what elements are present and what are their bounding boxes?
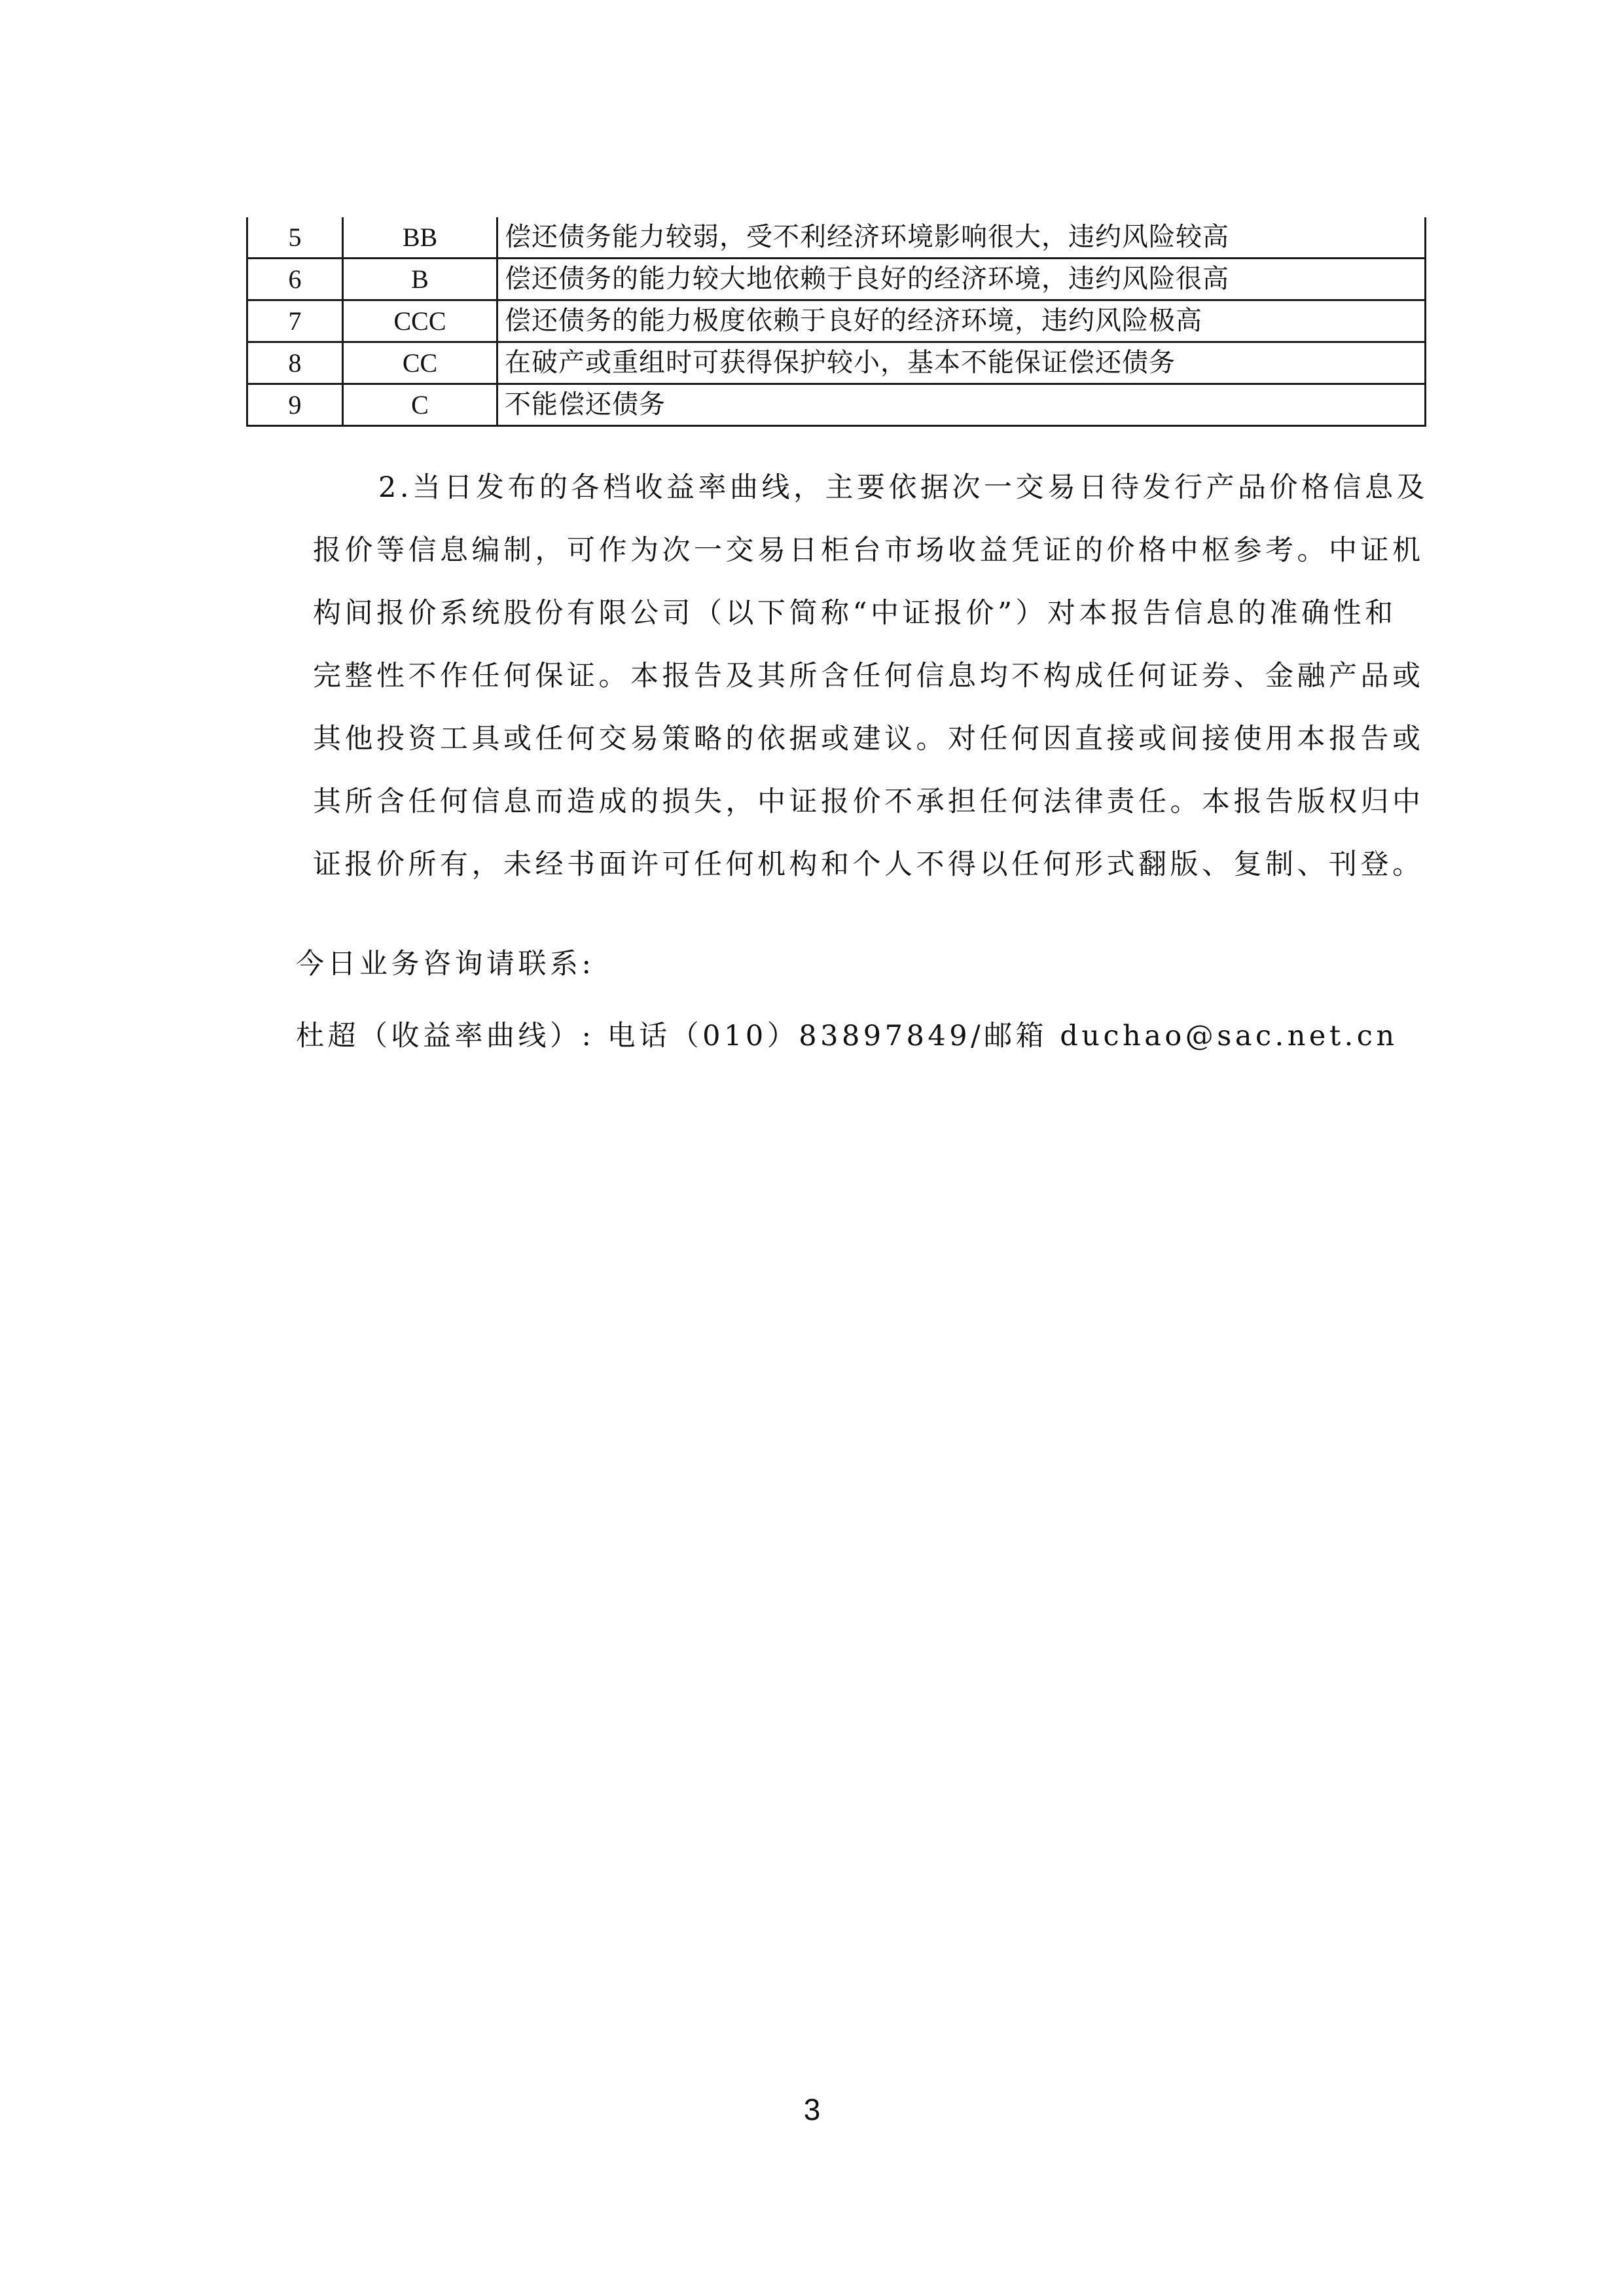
rating-description-cell: 偿还债务能力较弱，受不利经济环境影响很大，违约风险较高 — [497, 217, 1426, 259]
rating-level-cell: 6 — [247, 259, 343, 300]
disclaimer-line: 其他投资工具或任何交易策略的依据或建议。对任何因直接或间接使用本报告或 — [247, 708, 1426, 770]
credit-rating-table: 5 BB 偿还债务能力较弱，受不利经济环境影响很大，违约风险较高 6 B 偿还债… — [246, 217, 1426, 427]
disclaimer-line: 其所含任何信息而造成的损失，中证报价不承担任何法律责任。本报告版权归中 — [247, 770, 1426, 833]
rating-level-cell: 8 — [247, 342, 343, 384]
disclaimer-line: 报价等信息编制，可作为次一交易日柜台市场收益凭证的价格中枢参考。中证机 — [247, 519, 1426, 582]
rating-level-cell: 7 — [247, 300, 343, 342]
table-row: 9 C 不能偿还债务 — [247, 384, 1426, 426]
table-row: 7 CCC 偿还债务的能力极度依赖于良好的经济环境，违约风险极高 — [247, 300, 1426, 342]
disclaimer-line: 2.当日发布的各档收益率曲线，主要依据次一交易日待发行产品价格信息及 — [247, 456, 1426, 519]
rating-level-cell: 5 — [247, 217, 343, 259]
rating-description-cell: 在破产或重组时可获得保护较小，基本不能保证偿还债务 — [497, 342, 1426, 384]
rating-description-cell: 偿还债务的能力极度依赖于良好的经济环境，违约风险极高 — [497, 300, 1426, 342]
rating-level-cell: 9 — [247, 384, 343, 426]
rating-grade-cell: BB — [343, 217, 497, 259]
rating-grade-cell: CCC — [343, 300, 497, 342]
disclaimer-line: 构间报价系统股份有限公司（以下简称“中证报价”）对本报告信息的准确性和 — [247, 582, 1426, 645]
disclaimer-paragraph: 2.当日发布的各档收益率曲线，主要依据次一交易日待发行产品价格信息及 报价等信息… — [247, 456, 1426, 896]
disclaimer-line: 完整性不作任何保证。本报告及其所含任何信息均不构成任何证券、金融产品或 — [247, 645, 1426, 708]
page-number: 3 — [0, 2092, 1624, 2127]
rating-description-cell: 偿还债务的能力较大地依赖于良好的经济环境，违约风险很高 — [497, 259, 1426, 300]
table-row: 5 BB 偿还债务能力较弱，受不利经济环境影响很大，违约风险较高 — [247, 217, 1426, 259]
rating-description-cell: 不能偿还债务 — [497, 384, 1426, 426]
table-row: 8 CC 在破产或重组时可获得保护较小，基本不能保证偿还债务 — [247, 342, 1426, 384]
disclaimer-line: 证报价所有，未经书面许可任何机构和个人不得以任何形式翻版、复制、刊登。 — [247, 833, 1426, 896]
contact-info: 杜超（收益率曲线）: 电话（010）83897849/邮箱 duchao@sac… — [296, 1005, 1441, 1067]
rating-grade-cell: C — [343, 384, 497, 426]
contact-heading: 今日业务咨询请联系: — [296, 933, 1474, 996]
table-row: 6 B 偿还债务的能力较大地依赖于良好的经济环境，违约风险很高 — [247, 259, 1426, 300]
document-page: 5 BB 偿还债务能力较弱，受不利经济环境影响很大，违约风险较高 6 B 偿还债… — [0, 0, 1624, 2296]
rating-grade-cell: B — [343, 259, 497, 300]
rating-grade-cell: CC — [343, 342, 497, 384]
